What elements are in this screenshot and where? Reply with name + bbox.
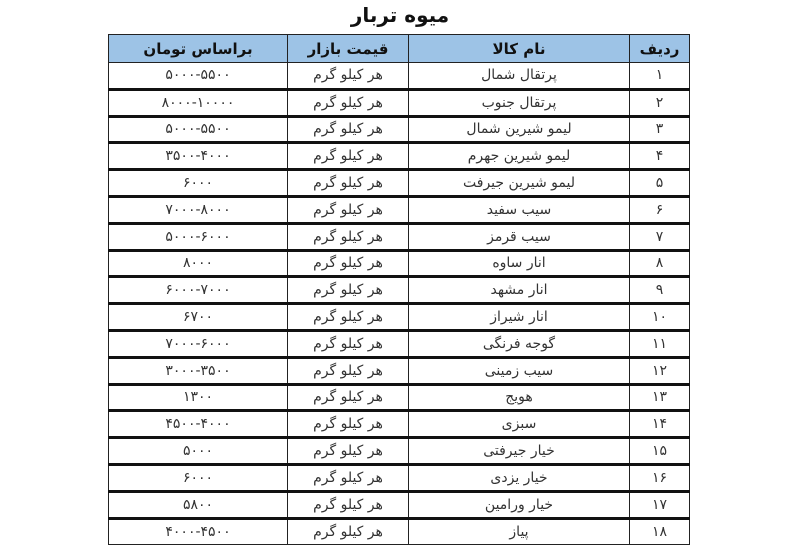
table-row: ۱۵خیار جیرفتیهر کیلو گرم۵۰۰۰ xyxy=(109,438,690,465)
item-name-cell: لیمو شیرین جیرفت xyxy=(409,170,630,197)
item-name-cell: لیمو شیرین شمال xyxy=(409,116,630,143)
item-name-cell: خیار یزدی xyxy=(409,464,630,491)
row-number-cell: ۱ xyxy=(630,63,690,90)
item-name-cell: سیب زمینی xyxy=(409,357,630,384)
price-cell: ۳۰۰۰-۳۵۰۰ xyxy=(109,357,288,384)
unit-cell: هر کیلو گرم xyxy=(288,170,409,197)
header-market-price: قیمت بازار xyxy=(288,35,409,63)
row-number-cell: ۷ xyxy=(630,223,690,250)
unit-cell: هر کیلو گرم xyxy=(288,143,409,170)
table-row: ۹انار مشهدهر کیلو گرم۶۰۰۰-۷۰۰۰ xyxy=(109,277,690,304)
row-number-cell: ۱۰ xyxy=(630,304,690,331)
item-name-cell: خیار ورامین xyxy=(409,491,630,518)
table-row: ۸انار ساوههر کیلو گرم۸۰۰۰ xyxy=(109,250,690,277)
unit-cell: هر کیلو گرم xyxy=(288,250,409,277)
item-name-cell: خیار جیرفتی xyxy=(409,438,630,465)
row-number-cell: ۱۴ xyxy=(630,411,690,438)
row-number-cell: ۱۳ xyxy=(630,384,690,411)
unit-cell: هر کیلو گرم xyxy=(288,384,409,411)
price-cell: ۴۰۰۰-۴۵۰۰ xyxy=(109,518,288,545)
unit-cell: هر کیلو گرم xyxy=(288,223,409,250)
unit-cell: هر کیلو گرم xyxy=(288,491,409,518)
table-row: ۱۲سیب زمینیهر کیلو گرم۳۰۰۰-۳۵۰۰ xyxy=(109,357,690,384)
item-name-cell: سبزی xyxy=(409,411,630,438)
item-name-cell: سیب قرمز xyxy=(409,223,630,250)
price-cell: ۵۰۰۰-۵۵۰۰ xyxy=(109,116,288,143)
row-number-cell: ۱۶ xyxy=(630,464,690,491)
price-cell: ۵۰۰۰-۵۵۰۰ xyxy=(109,63,288,90)
item-name-cell: سیب سفید xyxy=(409,196,630,223)
table-header-row: ردیف نام کالا قیمت بازار براساس تومان xyxy=(109,35,690,63)
price-cell: ۳۵۰۰-۴۰۰۰ xyxy=(109,143,288,170)
table-row: ۱۷خیار ورامینهر کیلو گرم۵۸۰۰ xyxy=(109,491,690,518)
price-cell: ۶۷۰۰ xyxy=(109,304,288,331)
row-number-cell: ۱۱ xyxy=(630,330,690,357)
table-row: ۱۸پیازهر کیلو گرم۴۰۰۰-۴۵۰۰ xyxy=(109,518,690,545)
item-name-cell: پیاز xyxy=(409,518,630,545)
unit-cell: هر کیلو گرم xyxy=(288,63,409,90)
table-row: ۳لیمو شیرین شمالهر کیلو گرم۵۰۰۰-۵۵۰۰ xyxy=(109,116,690,143)
table-row: ۵لیمو شیرین جیرفتهر کیلو گرم۶۰۰۰ xyxy=(109,170,690,197)
price-cell: ۶۰۰۰ xyxy=(109,170,288,197)
price-cell: ۸۰۰۰-۱۰۰۰۰ xyxy=(109,89,288,116)
unit-cell: هر کیلو گرم xyxy=(288,330,409,357)
price-cell: ۷۰۰۰-۶۰۰۰ xyxy=(109,330,288,357)
unit-cell: هر کیلو گرم xyxy=(288,357,409,384)
item-name-cell: پرتقال شمال xyxy=(409,63,630,90)
table-row: ۱۱گوجه فرنگیهر کیلو گرم۷۰۰۰-۶۰۰۰ xyxy=(109,330,690,357)
row-number-cell: ۱۵ xyxy=(630,438,690,465)
price-cell: ۵۰۰۰ xyxy=(109,438,288,465)
price-table: ردیف نام کالا قیمت بازار براساس تومان ۱پ… xyxy=(108,34,690,545)
header-item-name: نام کالا xyxy=(409,35,630,63)
unit-cell: هر کیلو گرم xyxy=(288,89,409,116)
unit-cell: هر کیلو گرم xyxy=(288,304,409,331)
item-name-cell: لیمو شیرین جهرم xyxy=(409,143,630,170)
header-row-number: ردیف xyxy=(630,35,690,63)
price-cell: ۴۵۰۰-۴۰۰۰ xyxy=(109,411,288,438)
header-price-toman: براساس تومان xyxy=(109,35,288,63)
item-name-cell: گوجه فرنگی xyxy=(409,330,630,357)
page-title: میوه تربار xyxy=(0,3,800,27)
price-cell: ۶۰۰۰-۷۰۰۰ xyxy=(109,277,288,304)
table-row: ۱۶خیار یزدیهر کیلو گرم۶۰۰۰ xyxy=(109,464,690,491)
table-row: ۱پرتقال شمالهر کیلو گرم۵۰۰۰-۵۵۰۰ xyxy=(109,63,690,90)
table-row: ۲پرتقال جنوبهر کیلو گرم۸۰۰۰-۱۰۰۰۰ xyxy=(109,89,690,116)
item-name-cell: انار مشهد xyxy=(409,277,630,304)
unit-cell: هر کیلو گرم xyxy=(288,411,409,438)
row-number-cell: ۶ xyxy=(630,196,690,223)
price-cell: ۱۳۰۰ xyxy=(109,384,288,411)
table-row: ۱۴سبزیهر کیلو گرم۴۵۰۰-۴۰۰۰ xyxy=(109,411,690,438)
table-row: ۴لیمو شیرین جهرمهر کیلو گرم۳۵۰۰-۴۰۰۰ xyxy=(109,143,690,170)
row-number-cell: ۲ xyxy=(630,89,690,116)
unit-cell: هر کیلو گرم xyxy=(288,438,409,465)
table-row: ۶سیب سفیدهر کیلو گرم۷۰۰۰-۸۰۰۰ xyxy=(109,196,690,223)
price-cell: ۵۸۰۰ xyxy=(109,491,288,518)
item-name-cell: پرتقال جنوب xyxy=(409,89,630,116)
item-name-cell: انار ساوه xyxy=(409,250,630,277)
row-number-cell: ۱۷ xyxy=(630,491,690,518)
price-cell: ۶۰۰۰ xyxy=(109,464,288,491)
table-row: ۱۰انار شیرازهر کیلو گرم۶۷۰۰ xyxy=(109,304,690,331)
unit-cell: هر کیلو گرم xyxy=(288,464,409,491)
row-number-cell: ۱۲ xyxy=(630,357,690,384)
price-cell: ۵۰۰۰-۶۰۰۰ xyxy=(109,223,288,250)
row-number-cell: ۸ xyxy=(630,250,690,277)
price-cell: ۸۰۰۰ xyxy=(109,250,288,277)
row-number-cell: ۹ xyxy=(630,277,690,304)
price-cell: ۷۰۰۰-۸۰۰۰ xyxy=(109,196,288,223)
unit-cell: هر کیلو گرم xyxy=(288,116,409,143)
unit-cell: هر کیلو گرم xyxy=(288,277,409,304)
row-number-cell: ۳ xyxy=(630,116,690,143)
item-name-cell: هویج xyxy=(409,384,630,411)
row-number-cell: ۵ xyxy=(630,170,690,197)
row-number-cell: ۴ xyxy=(630,143,690,170)
table-row: ۷سیب قرمزهر کیلو گرم۵۰۰۰-۶۰۰۰ xyxy=(109,223,690,250)
item-name-cell: انار شیراز xyxy=(409,304,630,331)
unit-cell: هر کیلو گرم xyxy=(288,196,409,223)
table-row: ۱۳هویجهر کیلو گرم۱۳۰۰ xyxy=(109,384,690,411)
unit-cell: هر کیلو گرم xyxy=(288,518,409,545)
row-number-cell: ۱۸ xyxy=(630,518,690,545)
